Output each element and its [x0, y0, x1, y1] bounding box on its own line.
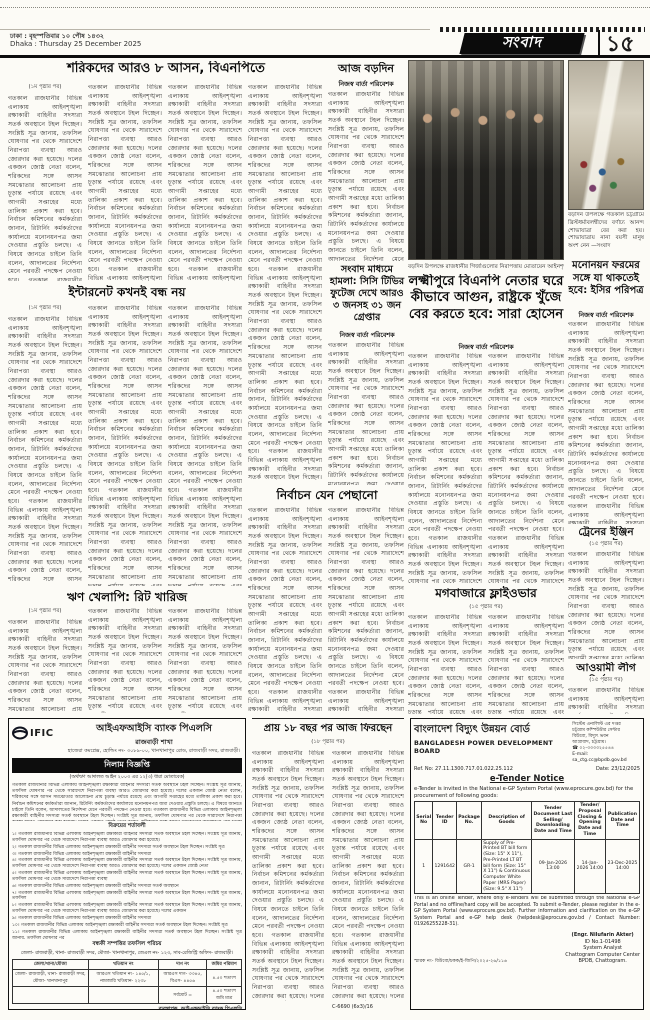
auction-term-item: ৪। গতকাল রাজধানীর বিভিন্ন এলাকায় আইনশৃঙ… [12, 858, 242, 870]
auction-notice-title: নিলাম বিজ্ঞপ্তি [12, 758, 242, 773]
photo-security-forces [408, 60, 564, 260]
etender-table: Serial NoTender IDPackage No.Description… [414, 801, 640, 894]
headline-borodin: আজ বড়দিন [328, 62, 404, 77]
article-body-column: গতকাল রাজধানীর বিভিন্ন এলাকায় আইনশৃঙ্খল… [332, 750, 404, 1001]
bpdb-name-bengali: বাংলাদেশ বিদ্যুৎ উন্নয়ন বোর্ড [414, 722, 572, 739]
ific-logo-text: IFIC [30, 728, 54, 739]
photo1-caption: বড়দিন উপলক্ষে রাজধানীর গির্জাগুলোর নিরা… [408, 263, 564, 272]
bpdb-office-address: সিস্টেম এনালিস্ট এর দপ্তরচট্টগ্রাম কম্পি… [572, 722, 640, 764]
article-body-column: গতকাল রাজধানীর বিভিন্ন এলাকায় আইনশৃঙ্খল… [328, 91, 404, 261]
headline-awami: আওয়ামী লীগ নির্বাচনে [568, 662, 644, 676]
ific-logo-icon [12, 726, 28, 740]
article-body-column: গতকাল রাজধানীর বিভিন্ন এলাকায় আইনশৃঙ্খল… [408, 614, 482, 714]
article-body-column: গতকাল রাজধানীর বিভিন্ন এলাকায় আইনশৃঙ্খল… [168, 608, 242, 713]
masthead-logo: সংবাদ [459, 33, 584, 54]
auction-term-item: ৯। গতকাল রাজধানীর বিভিন্ন এলাকায় আইনশৃঙ… [12, 916, 242, 922]
byline-borodin: নিজস্ব বার্তা পরিবেশক [328, 79, 404, 88]
article-body-column: গতকাল রাজধানীর বিভিন্ন এলাকায় আইনশৃঙ্খল… [168, 305, 242, 586]
article-body-column: গতকাল রাজধানীর বিভিন্ন এলাকায় আইনশৃঙ্খল… [248, 507, 322, 713]
article-body-column: গতকাল রাজধানীর বিভিন্ন এলাকায় আইনশৃঙ্খল… [568, 687, 644, 714]
article-body-column: গতকাল রাজধানীর বিভিন্ন এলাকায় আইনশৃঙ্খল… [488, 614, 564, 714]
ific-bank-auction-ad: IFIC আইএফআইসি ব্যাংক পিএলসি রাজবাড়ী শাখ… [8, 718, 246, 1010]
etender-footer-note: This is an online Tender, where only e-T… [414, 896, 640, 930]
auction-term-item: ৩। গতকাল রাজধানীর বিভিন্ন এলাকায় আইনশৃঙ… [12, 852, 242, 858]
press-mark: C-6690 (6x3)/16 [332, 1004, 412, 1013]
dateline-english: Dhaka : Thursday 25 December 2025 [10, 40, 141, 48]
auction-schedule-line: জেলা- রাজবাড়ী, থানা- রাজবাড়ী সদর, মৌজা… [12, 950, 242, 958]
headline-rin: ঋণ খেলাপি: রিট খারিজ [8, 590, 246, 605]
middle-column-rule [252, 718, 404, 719]
continuation-rin: (১ম পৃষ্ঠার পর) [8, 608, 82, 617]
ific-address: হাজেরা কমপ্লেক্স, হোল্ডিং নং- ৩০৮৯-০০, খ… [66, 748, 242, 756]
auction-term-item: ১০। গতকাল রাজধানীর বিভিন্ন এলাকায় আইনশৃ… [12, 923, 242, 929]
article-body-column: গতকাল রাজধানীর বিভিন্ন এলাকায় আইনশৃঙ্খল… [328, 342, 404, 485]
article-body-column: গতকাল রাজধানীর বিভিন্ন এলাকায় আইনশৃঙ্খল… [8, 316, 82, 586]
headline-internet: ইন্টারনেট কখনই বন্ধ নয় [8, 285, 246, 301]
etender-intro: e-Tender is invited in the National e-GP… [414, 786, 640, 800]
ific-logo: IFIC [12, 722, 66, 740]
article-body-column: গতকাল রাজধানীর বিভিন্ন এলাকায় আইনশৃঙ্খল… [8, 619, 82, 713]
article-body-column: গতকাল রাজধানীর বিভিন্ন এলাকায় আইনশৃঙ্খল… [408, 353, 482, 583]
headline-nirbachon: নির্বাচন যেন পেছানো [248, 488, 406, 504]
newspaper-page: ঢাকা : বৃহস্পতিবার ১০ পৌষ ১৪৩২ Dhaka : T… [0, 0, 650, 1020]
byline-monoyon: নিজস্ব বার্তা পরিবেশক [568, 310, 644, 319]
byline-lokkhipur: নিজস্ব বার্তা পরিবেশক [408, 342, 564, 351]
auction-term-item: ১। গতকাল রাজধানীর বিভিন্ন এলাকায় আইনশৃঙ… [12, 832, 242, 844]
auction-law-note: (অর্থঋণ আদালত আইন ২০০৩ এর ১২(৩) ধারা মোত… [12, 774, 242, 782]
ific-branch: রাজবাড়ী শাখা [66, 737, 242, 748]
ific-ad-header: IFIC আইএফআইসি ব্যাংক পিএলসি রাজবাড়ী শাখ… [12, 722, 242, 756]
etender-notice-title: e-Tender Notice [414, 774, 640, 784]
headline-monoyon: মনোনয়ন ফরমের সঙ্গে যা থাকতেই হবে: ইসির … [568, 260, 644, 308]
bpdb-etender-ad: বাংলাদেশ বিদ্যুৎ উন্নয়ন বোর্ড BANGLADES… [410, 718, 644, 1010]
continuation-internet: (১ম পৃষ্ঠার পর) [8, 305, 82, 314]
headline-firchen: প্রায় ১৮ বছর পর আজ ফিরছেন [252, 723, 404, 737]
auction-term-item: ৬। গতকাল রাজধানীর বিভিন্ন এলাকায় আইনশৃঙ… [12, 884, 242, 890]
bpdb-memo: স্মারক নং- বিউবো/চকক/ই-জিপি/২০২৫-২৬/১১৬ [414, 957, 507, 965]
bpdb-name-english: BANGLADESH POWER DEVELOPMENT BOARD [414, 739, 572, 755]
continuation-train: (১৫ পৃষ্ঠার পর) [568, 541, 644, 549]
auction-schedule-title: বন্ধকী সম্পত্তির তফসিল পরিচয় [12, 941, 242, 949]
auction-term-item: ৮। গতকাল রাজধানীর বিভিন্ন এলাকায় আইনশৃঙ… [12, 903, 242, 915]
bpdb-ref-no: Ref. No: 27.11.1300.717.01.022.25.112 [414, 766, 513, 772]
continuation-awami: (১৫ পৃষ্ঠার পর) [568, 677, 644, 685]
header-rule [0, 55, 650, 58]
article-body-column: গতকাল রাজধানীর বিভিন্ন এলাকায় আইনশৃঙ্খল… [248, 84, 322, 482]
auction-term-item: ৭। গতকাল রাজধানীর বিভিন্ন এলাকায় আইনশৃঙ… [12, 891, 242, 903]
ific-signature-line1: ব্যবস্থাপক, আইএফআইসি ব্যাংক পিএলসি [12, 1006, 242, 1010]
article-body-column: গতকাল রাজধানীর বিভিন্ন এলাকায় আইনশৃঙ্খল… [88, 608, 162, 713]
article-body-column: গতকাল রাজধানীর বিভিন্ন এলাকায় আইনশৃঙ্খল… [8, 95, 82, 281]
article-body-column: গতকাল রাজধানীর বিভিন্ন এলাকায় আইনশৃঙ্খল… [252, 750, 324, 1001]
ific-bank-name: আইএফআইসি ব্যাংক পিএলসি [66, 722, 242, 737]
masthead-title: সংবাদ [502, 31, 542, 56]
headline-train: ট্রেনের ইঞ্জিন সংকট [568, 526, 644, 540]
headline-sharik: শরিকদের আরও ৮ আসন, বিএনপিতে [8, 61, 324, 79]
byline-hamla: নিজস্ব বার্তা পরিবেশক [328, 330, 406, 339]
auction-term-item: ৫। গতকাল রাজধানীর বিভিন্ন এলাকায় আইনশৃঙ… [12, 871, 242, 883]
auction-terms-title: বিক্রয়ের শর্তাবলী [12, 823, 242, 831]
article-body-column: গতকাল রাজধানীর বিভিন্ন এলাকায় আইনশৃঙ্খল… [88, 305, 162, 586]
article-body-column: গতকাল রাজধানীর বিভিন্ন এলাকায় আইনশৃঙ্খল… [488, 353, 564, 583]
article-body-column: গতকাল রাজধানীর বিভিন্ন এলাকায় আইনশৃঙ্খল… [88, 84, 162, 281]
bpdb-signature-block: (Engr. Nilufarin Akter)ID No.1-01498Syst… [565, 932, 640, 965]
article-body-column: গতকাল রাজধানীর বিভিন্ন এলাকায় আইনশৃঙ্খল… [568, 321, 644, 524]
article-body-column: গতকাল রাজধানীর বিভিন্ন এলাকায় আইনশৃঙ্খল… [168, 84, 242, 281]
photo-christmas-procession [568, 60, 644, 210]
auction-schedule-table: জেলা/থানা/মৌজাখতিয়ান নংদাগ নংজমির পরিমা… [12, 959, 242, 1004]
photo2-caption: বড়দিন উপলক্ষে গতকাল চট্টগ্রামে খ্রিস্টধ… [568, 212, 644, 258]
continuation-firchen: (১৮ পৃষ্ঠার পর) [252, 739, 404, 747]
page-number-divider [598, 30, 600, 55]
page-number: ১৫ [606, 27, 635, 64]
auction-terms-list: ১। গতকাল রাজধানীর বিভিন্ন এলাকায় আইনশৃঙ… [12, 832, 242, 939]
headline-hamla: সংবাদ মাধ্যমে হামলা: সিসি টিভির ফুটেজ দে… [328, 264, 406, 328]
continuation-sharik: (১ম পৃষ্ঠার পর) [8, 84, 82, 93]
article-body-column: গতকাল রাজধানীর বিভিন্ন এলাকায় আইনশৃঙ্খল… [568, 551, 644, 659]
header-hairline [0, 29, 430, 30]
photo1-caption-text: বড়দিন উপলক্ষে রাজধানীর গির্জাগুলোর নিরা… [408, 264, 564, 270]
headline-lokkhipur: লক্ষ্মীপুরে বিএনপি নেতার ঘরে কীভাবে আগুন… [408, 274, 564, 340]
continuation-mogbazar: (১৫ পৃষ্ঠার পর) [408, 604, 564, 612]
article-body-column: গতকাল রাজধানীর বিভিন্ন এলাকায় আইনশৃঙ্খল… [328, 507, 404, 713]
headline-mogbazar: মগবাজারে ফ্লাইওভার [408, 586, 564, 602]
auction-intro-paragraph: গতকাল রাজধানীর বিভিন্ন এলাকায় আইনশৃঙ্খল… [12, 783, 242, 821]
bpdb-date: Date: 23/12/2025 [596, 766, 640, 772]
auction-term-item: ২। গতকাল রাজধানীর বিভিন্ন এলাকায় আইনশৃঙ… [12, 845, 242, 851]
top-perforation-line [0, 7, 650, 8]
auction-term-item: ১১। গতকাল রাজধানীর বিভিন্ন এলাকায় আইনশৃ… [12, 930, 242, 939]
